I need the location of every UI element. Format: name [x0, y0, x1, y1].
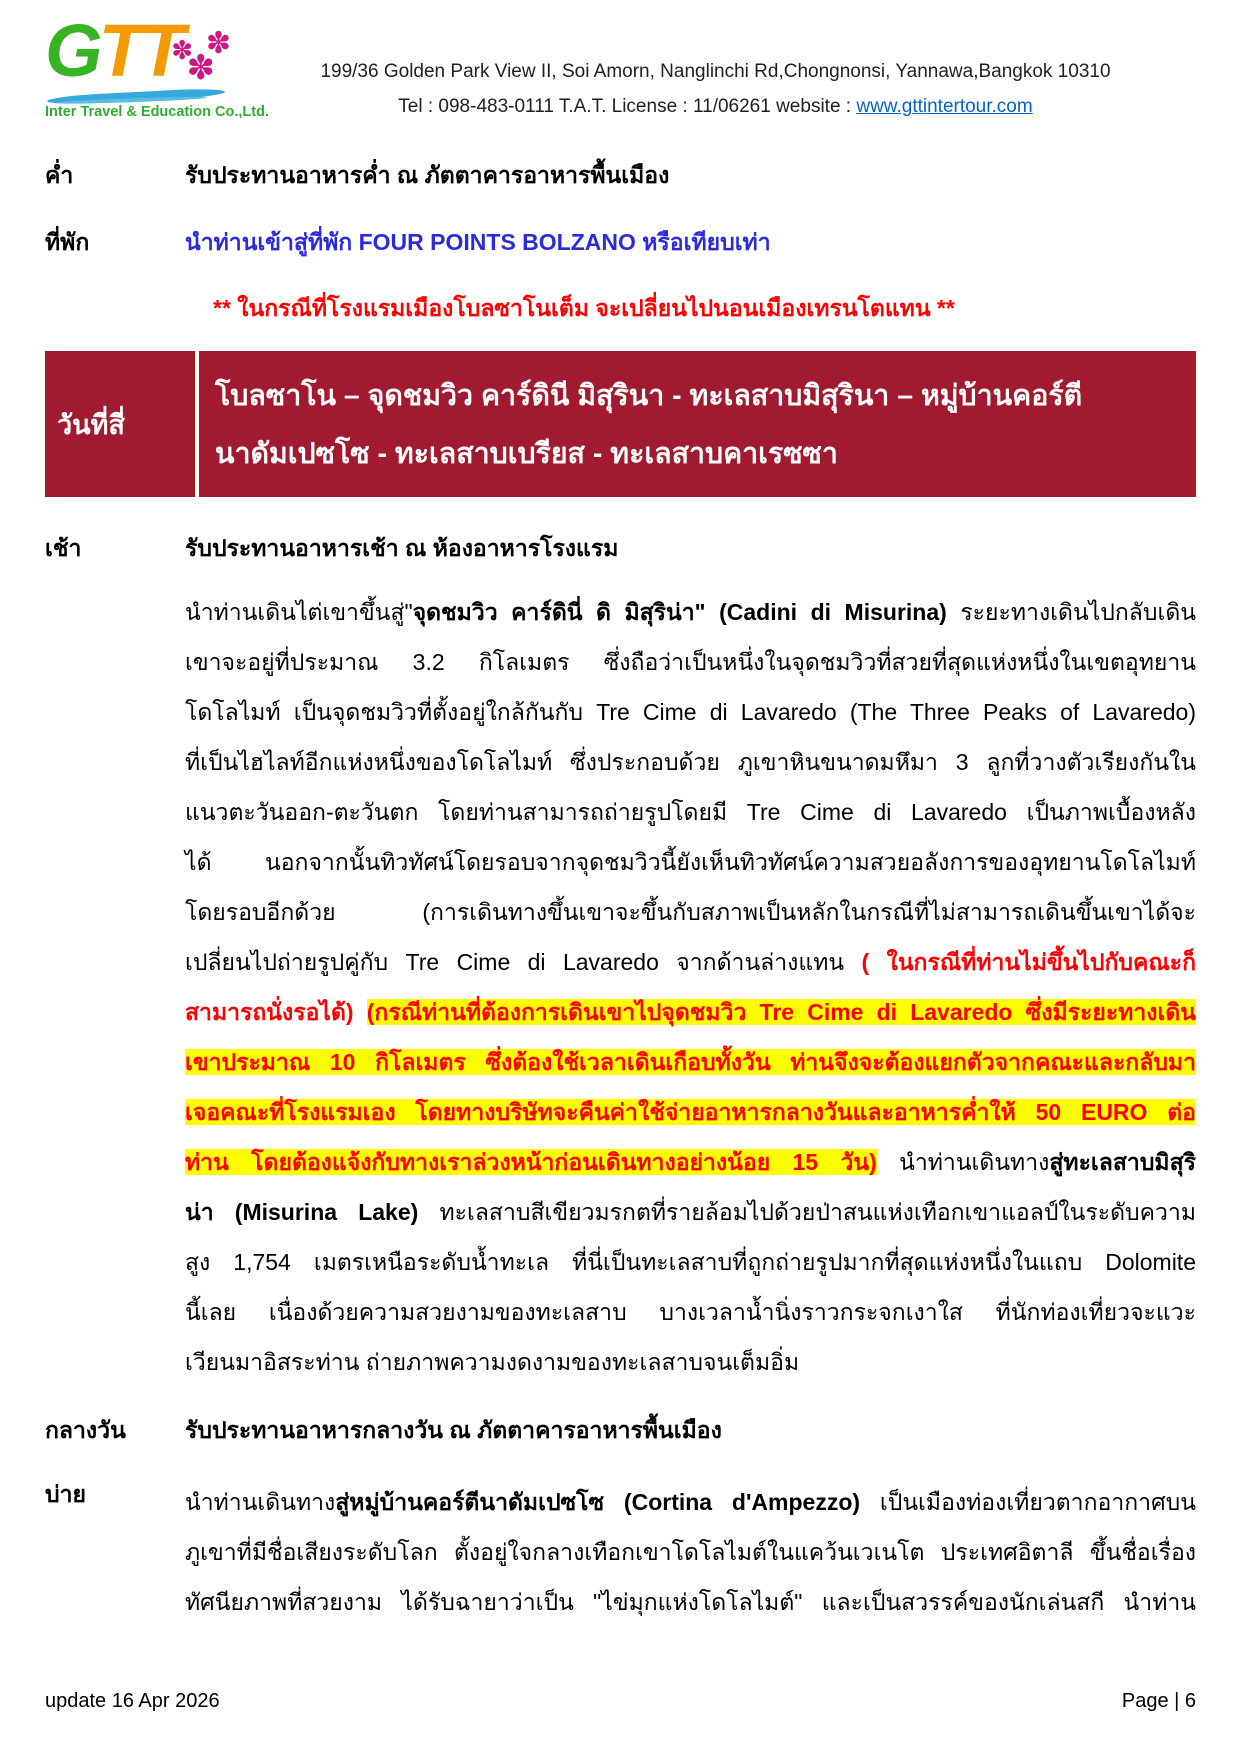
paragraph-line: เขาจะอยู่ที่ประมาณ 3.2 กิโลเมตร ซึ่งถือว… [185, 637, 1196, 687]
row-label-hotel: ที่พัก [45, 225, 185, 259]
paragraph-line: ภูเขาที่มีชื่อเสียงระดับโลก ตั้งอยู่ใจกล… [185, 1527, 1196, 1577]
body-text: ที่เป็นไฮไลท์อีกแห่งหนึ่งของโดโลไมท์ ซึ่… [185, 749, 1196, 775]
logo-subtitle: Inter Travel & Education Co.,Ltd. [45, 104, 235, 120]
body-text: โดยรอบอีกด้วย (การเดินทางขึ้นเขาจะขึ้นกั… [185, 899, 1196, 925]
paragraph-line: แนวตะวันออก-ตะวันตก โดยท่านสามารถถ่ายรูป… [185, 787, 1196, 837]
body-text: ทะเลสาบสีเขียวมรกตที่รายล้อมไปด้วยป่าสนแ… [418, 1199, 1196, 1225]
dinner-text: รับประทานอาหารค่ำ ณ ภัตตาคารอาหารพื้นเมื… [185, 158, 1196, 192]
paragraph-line: โดยรอบอีกด้วย (การเดินทางขึ้นเขาจะขึ้นกั… [185, 887, 1196, 937]
body-text: นำท่านเดินทาง [877, 1149, 1050, 1175]
paragraph-line: ได้ นอกจากนั้นทิวทัศน์โดยรอบจากจุดชมวิวน… [185, 837, 1196, 887]
paragraph-line: นี้เลย เนื่องด้วยความสวยงามของทะเลสาบ บา… [185, 1287, 1196, 1337]
body-text: เปลี่ยนไปถ่ายรูปคู่กับ Tre Cime di Lavar… [185, 949, 862, 975]
itinerary-row-lunch: กลางวัน รับประทานอาหารกลางวัน ณ ภัตตาคาร… [45, 1413, 1196, 1447]
body-text: สูง 1,754 เมตรเหนือระดับน้ำทะเล ที่นี่เป… [185, 1249, 1196, 1275]
document-page: GTT ✽ ✽ ✽ Inter Travel & Education Co.,L… [0, 0, 1241, 1755]
hotel-note-text: ** ในกรณีที่โรงแรมเมืองโบลซาโนเต็ม จะเปล… [213, 295, 955, 321]
highlighted-text: (กรณีท่านที่ต้องการเดินเขาไปจุดชมวิว Tre… [367, 999, 1196, 1025]
paragraph-line: ที่เป็นไฮไลท์อีกแห่งหนึ่งของโดโลไมท์ ซึ่… [185, 737, 1196, 787]
paragraph-line: เขาประมาณ 10 กิโลเมตร ซึ่งต้องใช้เวลาเดิ… [185, 1037, 1196, 1087]
paragraph-line: ท่าน โดยต้องแจ้งกับทางเราล่วงหน้าก่อนเดิ… [185, 1137, 1196, 1187]
paragraph-line: สูง 1,754 เมตรเหนือระดับน้ำทะเล ที่นี่เป… [185, 1237, 1196, 1287]
day-banner-title-line2: นาดัมเปซโซ - ทะเลสาบเบรียส - ทะเลสาบคาเร… [215, 425, 1186, 483]
itinerary-row-morning: เช้า รับประทานอาหารเช้า ณ ห้องอาหารโรงแร… [45, 531, 1196, 565]
itinerary-row-hotel: ที่พัก นำท่านเข้าสู่ที่พัก FOUR POINTS B… [45, 225, 1196, 259]
body-text: โดโลไมท์ เป็นจุดชมวิวที่ตั้งอยู่ใกล้กันก… [185, 699, 1196, 725]
logo-letters-tt: TT [99, 9, 181, 92]
body-text: สู่หมู่บ้านคอร์ตีนาดัมเปซโซ (Cortina d'A… [335, 1489, 860, 1515]
row-label-dinner: ค่ำ [45, 158, 185, 192]
body-text: นี้เลย เนื่องด้วยความสวยงามของทะเลสาบ บา… [185, 1299, 1196, 1325]
day-banner-label: วันที่สี่ [45, 351, 195, 497]
red-text: สามารถนั่งรอได้) [185, 999, 367, 1025]
red-text: ( ในกรณีที่ท่านไม่ขึ้นไปกับคณะก็ [862, 949, 1196, 975]
afternoon-paragraph: นำท่านเดินทางสู่หมู่บ้านคอร์ตีนาดัมเปซโซ… [185, 1477, 1196, 1627]
paragraph-line: สามารถนั่งรอได้) (กรณีท่านที่ต้องการเดิน… [185, 987, 1196, 1037]
paragraph-line: ทัศนียภาพที่สวยงาม ได้รับฉายาว่าเป็น "ไข… [185, 1577, 1196, 1627]
paragraph-line: โดโลไมท์ เป็นจุดชมวิวที่ตั้งอยู่ใกล้กันก… [185, 687, 1196, 737]
paragraph-line: นำท่านเดินทางสู่หมู่บ้านคอร์ตีนาดัมเปซโซ… [185, 1477, 1196, 1527]
paragraph-line: น่า (Misurina Lake) ทะเลสาบสีเขียวมรกตที… [185, 1187, 1196, 1237]
itinerary-row-dinner: ค่ำ รับประทานอาหารค่ำ ณ ภัตตาคารอาหารพื้… [45, 158, 1196, 192]
row-label-afternoon: บ่าย [45, 1477, 185, 1511]
contact-line: Tel : 098-483-0111 T.A.T. License : 11/0… [235, 89, 1196, 124]
page-number: Page | 6 [1122, 1690, 1196, 1713]
website-link[interactable]: www.gttintertour.com [856, 96, 1032, 117]
itinerary-row-afternoon: บ่าย นำท่านเดินทางสู่หมู่บ้านคอร์ตีนาดัม… [45, 1477, 1196, 1627]
body-text: ทัศนียภาพที่สวยงาม ได้รับฉายาว่าเป็น "ไข… [185, 1589, 1196, 1615]
contact-text: Tel : 098-483-0111 T.A.T. License : 11/0… [398, 96, 856, 117]
day-banner: วันที่สี่ โบลซาโน – จุดชมวิว คาร์ดินี มิ… [45, 351, 1196, 497]
highlighted-text: เขาประมาณ 10 กิโลเมตร ซึ่งต้องใช้เวลาเดิ… [185, 1049, 1196, 1075]
body-text: เขาจะอยู่ที่ประมาณ 3.2 กิโลเมตร ซึ่งถือว… [185, 649, 1196, 675]
lunch-text: รับประทานอาหารกลางวัน ณ ภัตตาคารอาหารพื้… [185, 1413, 1196, 1447]
logo-letter-g: G [45, 9, 99, 92]
body-text: นำท่านเดินไต่เขาขึ้นสู่" [185, 599, 413, 625]
page-header: GTT ✽ ✽ ✽ Inter Travel & Education Co.,L… [45, 14, 1196, 124]
body-text: เวียนมาอิสระท่าน ถ่ายภาพความงดงามของทะเล… [185, 1349, 799, 1375]
highlighted-text: ท่าน โดยต้องแจ้งกับทางเราล่วงหน้าก่อนเดิ… [185, 1149, 877, 1175]
company-address-block: 199/36 Golden Park View II, Soi Amorn, N… [235, 14, 1196, 124]
body-text: ได้ นอกจากนั้นทิวทัศน์โดยรอบจากจุดชมวิวน… [185, 849, 1196, 875]
hotel-text: นำท่านเข้าสู่ที่พัก FOUR POINTS BOLZANO … [185, 225, 1196, 259]
body-text: น่า (Misurina Lake) [185, 1199, 418, 1225]
body-text: สู่ทะเลสาบมิสุริ [1049, 1149, 1196, 1175]
morning-paragraph: นำท่านเดินไต่เขาขึ้นสู่"จุดชมวิว คาร์ดิน… [185, 587, 1196, 1387]
body-text: ภูเขาที่มีชื่อเสียงระดับโลก ตั้งอยู่ใจกล… [185, 1539, 1196, 1565]
logo-wordmark: GTT [45, 9, 181, 92]
paragraph-line: เปลี่ยนไปถ่ายรูปคู่กับ Tre Cime di Lavar… [185, 937, 1196, 987]
paragraph-line: นำท่านเดินไต่เขาขึ้นสู่"จุดชมวิว คาร์ดิน… [185, 587, 1196, 637]
page-footer: update 16 Apr 2026 Page | 6 [45, 1690, 1196, 1713]
address-line: 199/36 Golden Park View II, Soi Amorn, N… [235, 54, 1196, 89]
update-date: update 16 Apr 2026 [45, 1690, 220, 1713]
paragraph-line: เวียนมาอิสระท่าน ถ่ายภาพความงดงามของทะเล… [185, 1337, 1196, 1387]
morning-paragraph-row: นำท่านเดินไต่เขาขึ้นสู่"จุดชมวิว คาร์ดิน… [45, 587, 1196, 1387]
paragraph-line: เจอคณะที่โรงแรมเอง โดยทางบริษัทจะคืนค่าใ… [185, 1087, 1196, 1137]
row-label-lunch: กลางวัน [45, 1413, 185, 1447]
day-banner-title: โบลซาโน – จุดชมวิว คาร์ดินี มิสุรินา - ท… [195, 351, 1196, 497]
body-text: เป็นเมืองท่องเที่ยวตากอากาศบน [860, 1489, 1196, 1515]
hotel-note-row: ** ในกรณีที่โรงแรมเมืองโบลซาโนเต็ม จะเปล… [45, 291, 1196, 325]
body-text: แนวตะวันออก-ตะวันตก โดยท่านสามารถถ่ายรูป… [185, 799, 1196, 825]
row-label-morning: เช้า [45, 531, 185, 565]
company-logo: GTT ✽ ✽ ✽ Inter Travel & Education Co.,L… [45, 14, 235, 124]
morning-heading: รับประทานอาหารเช้า ณ ห้องอาหารโรงแรม [185, 531, 1196, 565]
body-text: จุดชมวิว คาร์ดินี่ ดิ มิสุริน่า" (Cadini… [413, 599, 947, 625]
highlighted-text: เจอคณะที่โรงแรมเอง โดยทางบริษัทจะคืนค่าใ… [185, 1099, 1196, 1125]
body-text: ระยะทางเดินไปกลับเดิน [947, 599, 1196, 625]
body-text: นำท่านเดินทาง [185, 1489, 335, 1515]
day-banner-title-line1: โบลซาโน – จุดชมวิว คาร์ดินี มิสุรินา - ท… [215, 367, 1186, 425]
